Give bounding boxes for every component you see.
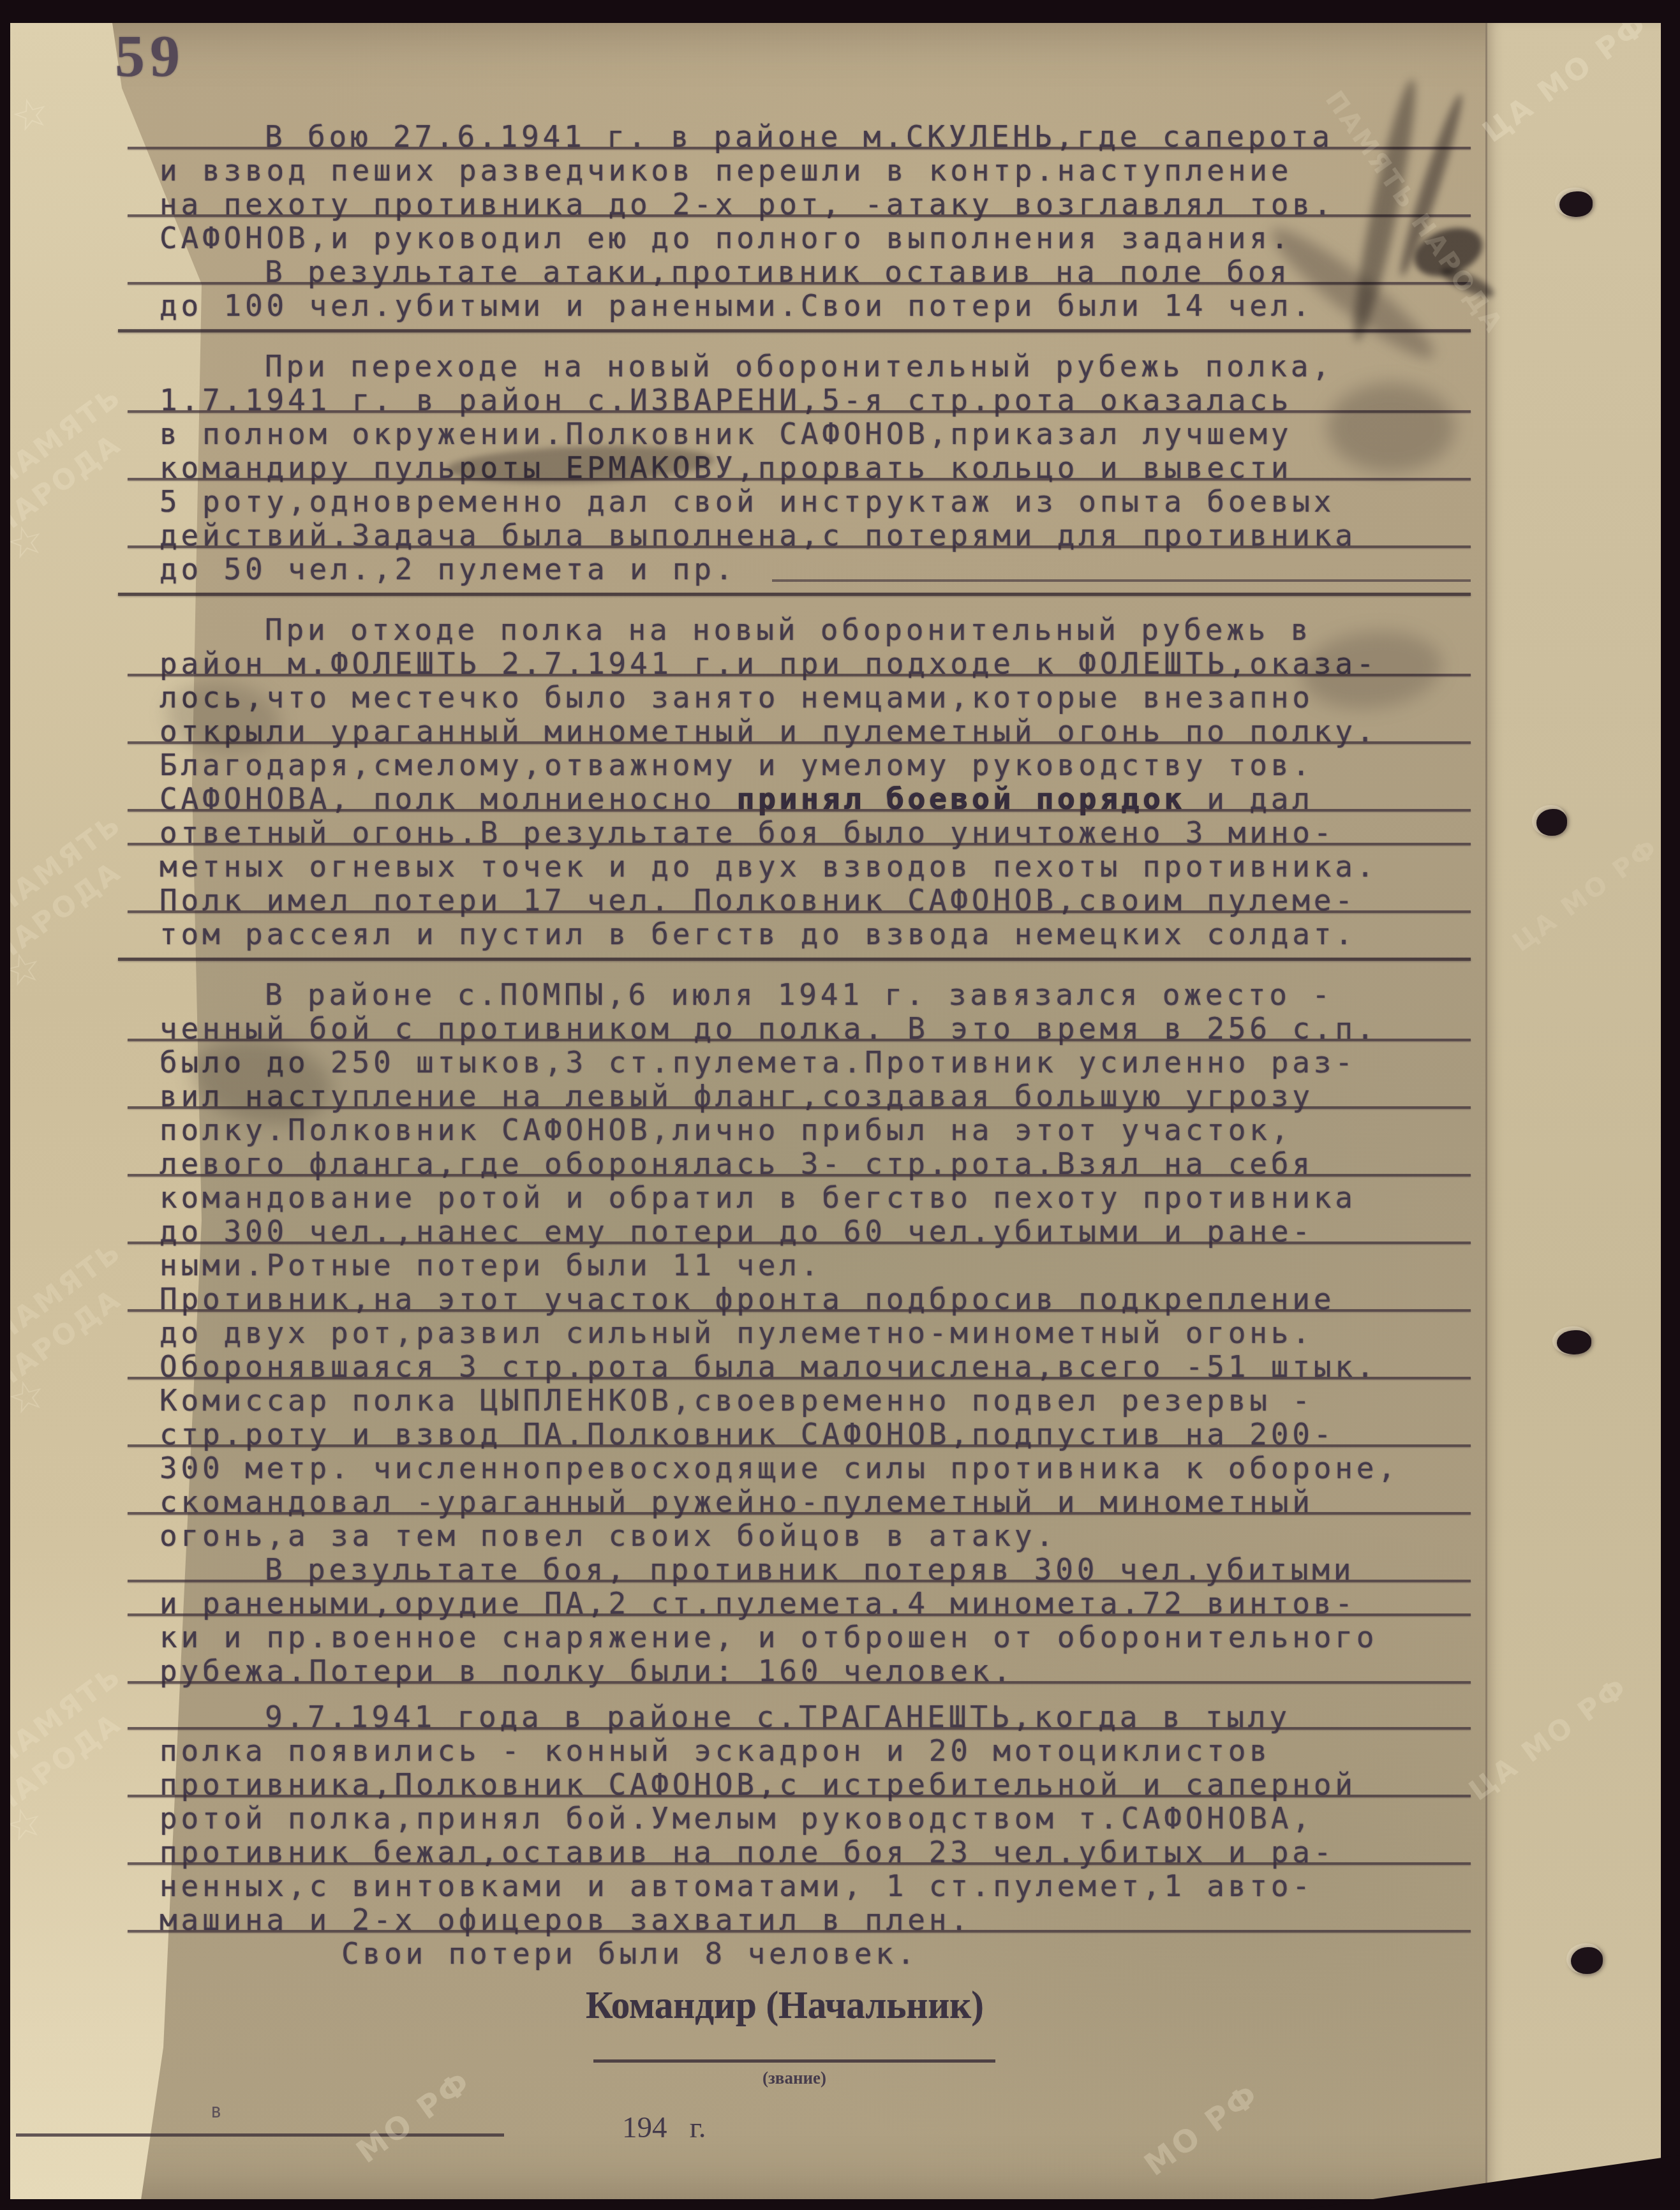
ruled-line <box>128 843 1471 845</box>
typed-line: до двух рот,развил сильный пулеметно-мин… <box>160 1316 1353 1350</box>
ruled-line <box>128 410 1471 413</box>
typed-line: вил наступление на левый фланг,создавая … <box>160 1079 1353 1113</box>
punch-hole <box>1557 1330 1591 1354</box>
typed-line: на пехоту противника до 2-х рот, -атаку … <box>160 188 1353 221</box>
typed-line: ки и пр.военное снаряжение, и отброшен о… <box>160 1620 1353 1654</box>
typed-line: метных огневых точек и до двух взводов п… <box>160 850 1353 884</box>
typed-line: до 100 чел.убитыми и ранеными.Свои потер… <box>160 289 1353 323</box>
page-number-stamp: 59 <box>115 22 185 91</box>
typed-line: 300 метр. численнопревосходящие силы про… <box>160 1451 1353 1485</box>
ruled-line <box>128 1613 1471 1616</box>
paragraph: 9.7.1941 года в районе с.ТРАГАНЕШТЬ,когд… <box>160 1700 1353 1971</box>
ruled-line <box>128 478 1471 480</box>
typed-line: огонь,а за тем повел своих бойцов в атак… <box>160 1519 1353 1553</box>
typed-line: 1.7.1941 г. в район с.ИЗВАРЕНИ,5-я стр.р… <box>160 383 1353 417</box>
punch-hole <box>1571 1947 1603 1974</box>
ruled-line <box>128 1377 1471 1379</box>
typed-line: полка появились - конный эскадрон и 20 м… <box>160 1734 1353 1768</box>
ruled-line <box>128 147 1471 149</box>
punch-hole <box>1559 191 1593 217</box>
ruled-line <box>128 1727 1471 1730</box>
typed-line: и взвод пеших разведчиков перешли в конт… <box>160 154 1353 188</box>
typed-line: Полк имел потери 17 чел. Полковник САФОН… <box>160 884 1353 917</box>
ink-smudge <box>1327 383 1455 472</box>
typed-line: командование ротой и обратил в бегство п… <box>160 1181 1353 1215</box>
section-separator-line <box>118 593 1471 596</box>
ruled-line <box>128 1512 1471 1515</box>
scan-border-top <box>0 0 1680 23</box>
ruled-line <box>128 1681 1471 1684</box>
year-placeholder: 194 г. <box>622 2110 706 2145</box>
stray-ink-mark: в <box>211 2100 222 2123</box>
typed-line: В районе с.ПОМПЫ,6 июля 1941 г. завязалс… <box>160 978 1353 1012</box>
typed-line: ответный огонь.В результате боя было уни… <box>160 816 1353 850</box>
typed-line: лось,что местечко было занято немцами,ко… <box>160 681 1353 715</box>
typed-line: Противник,на этот участок фронта подброс… <box>160 1282 1353 1316</box>
typed-line: При отходе полка на новый оборонительный… <box>160 613 1353 647</box>
typed-line: 9.7.1941 года в районе с.ТРАГАНЕШТЬ,когд… <box>160 1700 1353 1734</box>
typed-line: В бою 27.6.1941 г. в районе м.СКУЛЕНЬ,гд… <box>160 120 1353 154</box>
ruled-line <box>128 1444 1471 1447</box>
ruled-line <box>128 1580 1471 1582</box>
ruled-line <box>128 1930 1471 1932</box>
paragraph: В районе с.ПОМПЫ,6 июля 1941 г. завязалс… <box>160 978 1353 1688</box>
ruled-line <box>128 1174 1471 1176</box>
ruled-line <box>128 1795 1471 1797</box>
signature-line <box>593 2059 995 2063</box>
ruled-line <box>128 214 1471 217</box>
typed-line: стр.роту и взвод ПА.Полковник САФОНОВ,по… <box>160 1418 1353 1451</box>
ruled-line <box>128 1106 1471 1109</box>
ruled-line <box>128 1242 1471 1244</box>
scan-border-left <box>0 0 10 2210</box>
typed-line: рубежа.Потери в полку были: 160 человек. <box>160 1654 1353 1688</box>
typed-line: открыли ураганный минометный и пулеметны… <box>160 715 1353 748</box>
typed-line: При переходе на новый оборонительный руб… <box>160 350 1353 383</box>
ruled-line <box>128 910 1471 913</box>
typed-line: 5 роту,одновременно дал свой инструктаж … <box>160 485 1353 519</box>
typed-line: командиру пульроты ЕРМАКОВУ,прорвать кол… <box>160 451 1353 485</box>
paragraph: При отходе полка на новый оборонительный… <box>160 613 1353 951</box>
typed-line: В результате боя, противник потеряв 300 … <box>160 1553 1353 1587</box>
typed-line: до 50 чел.,2 пулемета и пр. <box>160 552 1353 586</box>
scan-border-right <box>1661 0 1680 2210</box>
typed-line: Благодаря,смелому,отважному и умелому ру… <box>160 748 1353 782</box>
typed-line: противник бежал,оставив на поле боя 23 ч… <box>160 1835 1353 1869</box>
section-separator-line <box>118 958 1471 961</box>
ruled-line <box>128 809 1471 812</box>
ruled-line-tail <box>772 579 1471 582</box>
typed-line: район м.ФОЛЕШТЬ 2.7.1941 г.и при подходе… <box>160 647 1353 681</box>
ruled-line <box>128 1309 1471 1312</box>
typed-line: левого фланга,где оборонялась 3- стр.рот… <box>160 1147 1353 1181</box>
ruled-line <box>128 741 1471 744</box>
typed-line: САФОНОВ,и руководил ею до полного выполн… <box>160 221 1353 255</box>
typed-line: Свои потери были 8 человек. <box>160 1937 1353 1971</box>
typed-line: ными.Ротные потери были 11 чел. <box>160 1249 1353 1282</box>
typed-line: ротой полка,принял бой.Умелым руководств… <box>160 1802 1353 1835</box>
section-separator-line <box>118 329 1471 332</box>
typed-line: противника,Полковник САФОНОВ,с истребите… <box>160 1768 1353 1802</box>
typed-line: и ранеными,орудие ПА,2 ст.пулемета.4 мин… <box>160 1587 1353 1620</box>
typed-line: машина и 2-х офицеров захватил в плен. <box>160 1903 1353 1937</box>
ruled-line <box>128 1039 1471 1041</box>
signature-title: Командир (Начальник) <box>586 1983 984 2028</box>
typed-line: ненных,с винтовками и автоматами, 1 ст.п… <box>160 1869 1353 1903</box>
date-line <box>16 2133 504 2137</box>
scanned-document: 59 В бою 27.6.1941 г. в районе м.СКУЛЕНЬ… <box>0 0 1680 2210</box>
typed-line: до 300 чел.,нанес ему потери до 60 чел.у… <box>160 1215 1353 1249</box>
typed-line: В результате атаки,противник оставив на … <box>160 255 1353 289</box>
right-page-edge <box>1485 23 1661 2200</box>
typed-line: было до 250 штыков,3 ст.пулемета.Противн… <box>160 1046 1353 1079</box>
typed-line: действий.Задача была выполнена,с потерям… <box>160 519 1353 552</box>
typed-text-column: В бою 27.6.1941 г. в районе м.СКУЛЕНЬ,гд… <box>160 120 1353 1971</box>
rank-label: (звание) <box>593 2068 995 2088</box>
typed-line: ченный бой с противником до полка. В это… <box>160 1012 1353 1046</box>
typed-line: САФОНОВА, полк молниеносно принял боевой… <box>160 782 1353 816</box>
paragraph: В бою 27.6.1941 г. в районе м.СКУЛЕНЬ,гд… <box>160 120 1353 323</box>
typed-line: том рассеял и пустил в бегств до взвода … <box>160 917 1353 951</box>
paragraph: При переходе на новый оборонительный руб… <box>160 350 1353 586</box>
typed-line: Комиссар полка ЦЫПЛЕНКОВ,своевременно по… <box>160 1384 1353 1418</box>
typed-line: полку.Полковник САФОНОВ,лично прибыл на … <box>160 1113 1353 1147</box>
ruled-line <box>128 282 1471 285</box>
ruled-line <box>128 1862 1471 1865</box>
ruled-line <box>128 545 1471 548</box>
typed-line: в полном окружении.Полковник САФОНОВ,при… <box>160 417 1353 451</box>
typed-line: Оборонявшаяся 3 стр.рота была малочислен… <box>160 1350 1353 1384</box>
ruled-line <box>128 674 1471 676</box>
punch-hole <box>1536 809 1567 836</box>
typed-line: скомандовал -ураганный ружейно-пулеметны… <box>160 1485 1353 1519</box>
